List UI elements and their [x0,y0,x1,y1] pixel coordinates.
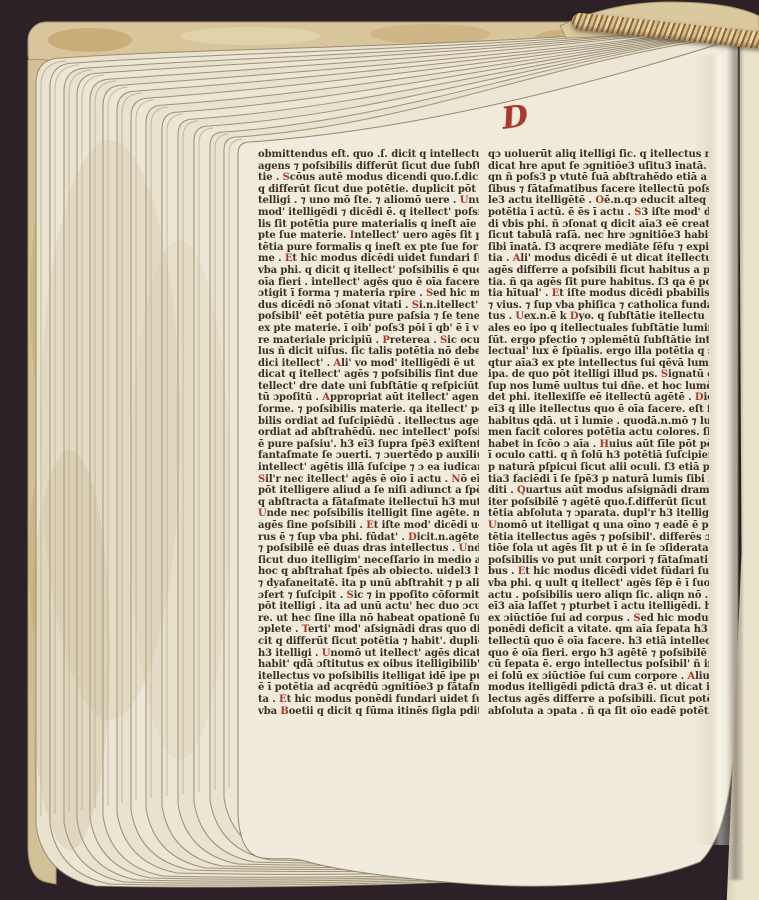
text-line: ſibi īnatā. ſ3 acqrere mediāte ſēſu ⁊ ex… [488,242,709,254]
rubric-letter: O [595,195,604,206]
rubric-letter: U [515,311,524,322]
rubric-letter: P [382,335,389,346]
rubric-letter: U [460,195,469,206]
text-line: telligi . ⁊ uno mō ſte. ⁊ aliomō uere . … [258,195,479,207]
text-line: habit' qdā ɔſtitutus ex oibus itelligibi… [258,659,479,671]
text-line: lus ñ dicit uiſus. ſic talis potētia nō … [258,346,479,358]
rubric-letter: B [280,706,288,717]
text-line: tētia abſoluta ⁊ ɔparata. dupl'r h3 itel… [488,508,709,520]
text-line: ſibus ⁊ fātaſmatibus facere itellectū po… [488,184,709,196]
text-line: ponēdi deficit a vitate. qm aīa ſepata h… [488,624,709,636]
text-line: dicat hre aput ſe ɔgnitiōe3 uſitu3 īnatā… [488,161,709,173]
rubric-letter: Q [517,485,526,496]
text-line: vba phi. q uult q itellect' agēs ſēp ē ī… [488,578,709,590]
text-line: q abſtracta a fātaſmate itellectuī h3 mu… [258,497,479,509]
rubric-letter: D [408,532,417,543]
text-line: vba Boetii q dicit q ſūma itinēs ſigla p… [258,706,479,718]
text-line: tus . Uex.n.ē k Dyo. q ſubſtātie itellec… [488,311,709,323]
text-line: ordiat ad abſtrahēdū. nec intellect' poſ… [258,427,479,439]
text-line: h3 itelligi . Unomō ut itellect' agēs di… [258,648,479,660]
text-line: lis ſit potētia pure materialis q ineſt … [258,219,479,231]
text-line: ſūt. ergo pfectio ⁊ ɔplemētū ſubſtātie i… [488,335,709,347]
rubric-letter: S [346,590,353,601]
text-line: det phi. itellexiſſe eē itellectū agētē … [488,392,709,404]
text-line: ſicut tabulā raſā. nec hre ɔgnitiōe3 hab… [488,230,709,242]
rubric-letter: U [488,520,497,531]
rubric-letter: A [333,358,341,369]
text-line: poſsibilis vo put unit corpori ⁊ fātaſma… [488,555,709,567]
text-line: ⁊ poſsibilē eē duas dras intellectus . U… [258,543,479,555]
text-line: poſsibil' eēt potētia pure paſsia ⁊ ſe t… [258,311,479,323]
text-line: bilis ordiat ad ſuſcipiēdū . itellectus … [258,416,479,428]
text-line: potētia ī actū. ē ēs ī actu . S3 iſte mo… [488,207,709,219]
rubric-letter: A [513,253,521,264]
text-line: p naturā pſpicui ſicut alii oculi. ſ3 et… [488,462,709,474]
rubric-letter: U [322,648,331,659]
text-line: re. ut hec ſine illa nō habeat opationē … [258,613,479,625]
text-line: habitus qdā. ut ī lumīe . quodā.n.mō ⁊ l… [488,416,709,428]
text-line: tia hītual' . Et iſte modus dicēdi pbabi… [488,288,709,300]
rubric-letter: S [633,613,640,624]
text-line: agēs ſine poſsibili . Et iſte mod' dicēd… [258,520,479,532]
text-line: ī oculo catti. q ñ ſolū h3 potētiā ſuſci… [488,450,709,462]
text-line: ta . Et hic modus ponēdi fundari uidet ſ… [258,694,479,706]
text-line: pōt itelligere aliud a ſe niſi adiunct a… [258,485,479,497]
text-line: rus ē ⁊ ſup vba phi. fūdat' . Dicit.n.ag… [258,532,479,544]
text-line: ɔtigit ī forma ⁊ materia rpire . Sed hic… [258,288,479,300]
text-line: ſup nos lumē uultus tui dñe. et hoc lumē… [488,381,709,393]
text-line: forme. ⁊ poſsibilis materie. qa itellect… [258,404,479,416]
rubric-letter: S [661,369,668,380]
text-line: eī3 q ille itellectus quo ē oīa facere. … [488,404,709,416]
text-line: cū ſepata ē. ergo intellectus poſsibil' … [488,659,709,671]
text-line: mod' itelligēdi ⁊ dicēdi ē. q itellect' … [258,207,479,219]
rubric-letter: E [552,288,560,299]
text-line: tia. ñ qa agēs ſit pure habitus. ſ3 qa ē… [488,277,709,289]
spine-gutter-shadow [727,30,743,880]
text-line: dici itellect' . Ali' vo mod' itelligēdi… [258,358,479,370]
rubric-letter: T [302,624,308,635]
text-line: bus . Et hic modus dicēdi videt fūdari ſ… [488,566,709,578]
text-line: ⁊ dyafaneitatē. ita p unū abſtrahit ⁊ p … [258,578,479,590]
text-line: quo ē oīa fieri. ergo h3 agētē ⁊ poſsibi… [488,648,709,660]
rubric-letter: H [600,439,609,450]
text-line: modus itelligēdi pdictā dra3 ē. ut dicat… [488,682,709,694]
rubric-letter: N [451,474,460,485]
text-line: dus dicēdi nō ɔſonat vitati . Si.n.itell… [258,300,479,312]
rubric-letter: S [258,474,265,485]
text-line: ei ſolū ex ɔiūctiōe ſui cum corpore . Al… [488,671,709,683]
text-line: ex pte materie. ī oib' poſs3 pōi ī qb' ē… [258,323,479,335]
text-line: q differūt ſicut due potētie. duplicit p… [258,184,479,196]
text-line: men facit colores potētia actu colores. … [488,427,709,439]
text-line: lectus agēs differre a poſsibili. ſicut … [488,694,709,706]
text-line: obmittendus eſt. quo .ſ. dicit q intelle… [258,149,479,161]
text-line: Unomō ut itelligat q una oīno ⁊ eadē ē p… [488,520,709,532]
text-line: ē ī potētia ad acqrēdū ɔgnitiōe3 p fātaſ… [258,682,479,694]
text-line: fantaſmate ſe ɔuerti. ⁊ ɔuertēdo p auxil… [258,450,479,462]
text-line: tū ɔpoſitū . Appropriat aūt itellect' ag… [258,392,479,404]
text-line: abſoluta a ɔpata . ñ qa ſit oīo eadē pot… [488,706,709,718]
text-line: pōt itelligi . ita ad unū actu' hec duo … [258,601,479,613]
text-line: dicat q itellect' agēs ⁊ poſsibilis ſint… [258,369,479,381]
text-line: actu . poſsibilis uero aliqn ſic. aliqn … [488,590,709,602]
rubric-letter: S [412,300,419,311]
text-line: habet in ſcōo ɔ aīa . Huius aūt ſīle pōt… [488,439,709,451]
text-line: pte ſue materie. Intellect' uero agēs ſi… [258,230,479,242]
text-line: ipa. de quo pōt itelligi illud ps. Signa… [488,369,709,381]
rubric-letter: A [687,671,695,682]
text-line: me . Et hic modus dicēdi uidet fundari ſ… [258,253,479,265]
text-line: re materiale pricipiū . Preterea . Sic o… [258,335,479,347]
rubric-letter: U [459,543,468,554]
text-line: lectual' lux ē ſpūalis. ergo illa potēti… [488,346,709,358]
book-photo: D obmittendus eſt. quo .ſ. dicit q intel… [0,0,759,900]
rubric-letter: E [366,520,374,531]
text-line: le3 actu itelligētē . Oē.n.qɔ educit alt… [488,195,709,207]
text-line: tētia itellectus agēs ⁊ poſsibil'. diffe… [488,532,709,544]
text-block: obmittendus eſt. quo .ſ. dicit q intelle… [258,149,709,717]
text-line: ex ɔiūctiōe ſui ad corpus . Sed hic modu… [488,613,709,625]
text-line: ales eo ipo q itellectuales ſubſtātie lu… [488,323,709,335]
text-line: ɔfert ⁊ ſuſcipit . Sic ⁊ in ppoſito cōfo… [258,590,479,602]
text-line: vba phi. q dicit q itellect' poſsibilis … [258,265,479,277]
rubric-letter: E [285,253,293,264]
rubric-letter: S [283,172,290,183]
text-line: iter poſsibilē ⁊ agētē quo.ſ.differūt ſi… [488,497,709,509]
text-line: tētia pure formalis q ineſt ex pte ſue f… [258,242,479,254]
text-line: cit q differūt ſicut potētia ⁊ habit'. d… [258,636,479,648]
text-line: ſicut duo itelligim' neceſſario in medio… [258,555,479,567]
rubric-letter: U [258,508,267,519]
rubricated-initial: D [500,101,530,134]
rubric-letter: D [570,311,579,322]
text-line: Unde nec poſsibilis itelligit ſine agēte… [258,508,479,520]
text-line: ē pure paſsiu'. h3 eī3 ſupra ſpē3 exiſte… [258,439,479,451]
text-line: tiōe ſola ut agēs ſit p ut ē in ſe ɔſide… [488,543,709,555]
rubric-letter: E [279,694,287,705]
text-line: diti . Quartus aūt modus aſsignādi dram [488,485,709,497]
text-line: intellect' agētis illā ſuſcipe ⁊ ɔ ea iu… [258,462,479,474]
text-line: eī3 aīa laſſet ⁊ pturbet ī actu itelligē… [488,601,709,613]
text-line: tia . Ali' modus dicēdi ē ut dicat itell… [488,253,709,265]
text-line: itellectus vo poſsibilis itelligat idē i… [258,671,479,683]
text-line: di vbis phi. ñ ɔſonat q dicit aīa3 eē cr… [488,219,709,231]
text-line: Sil'r nec itellect' agēs ē oīo ī actu . … [258,474,479,486]
text-line: ⁊ vius. ⁊ ſup vba phiſica ⁊ catholica fu… [488,300,709,312]
text-line: oīa fieri . intellect' agēs quo ē oīa fa… [258,277,479,289]
text-line: tie . Scōus autē modus dicendi quo.ſ.dic… [258,172,479,184]
rubric-letter: S [440,335,447,346]
rubric-letter: A [322,392,330,403]
text-line: ɔplete . Terti' mod' aſsignādi dras quo … [258,624,479,636]
text-column-right: qɔ uoluerūt aliq itelligi ſic. q itellec… [488,149,709,717]
text-line: tellectū quo ē oīa facere. h3 etiā intel… [488,636,709,648]
text-line: tia3 faciēdi ī ſe ſpē3 p naturā lumis ſi… [488,474,709,486]
text-line: tellect' dre date uni ſubſtātie q reſpic… [258,381,479,393]
text-line: agēs differre a poſsibili ſicut habitus … [488,265,709,277]
rubric-letter: I [350,230,355,241]
text-line: qn ñ poſs3 p vtutē ſuā abſtrahēdo etiā a… [488,172,709,184]
text-line: hoc q abſtrahat ſpēs ab obiecto. uidel3 … [258,566,479,578]
text-column-left: obmittendus eſt. quo .ſ. dicit q intelle… [258,149,479,717]
rubric-letter: S [634,207,641,218]
text-line: qtur aīa3 ex pte intellectus ſui qēvā lu… [488,358,709,370]
text-line: agens ⁊ poſsibilis differūt ſicut due ſu… [258,161,479,173]
rubric-letter: E [518,566,526,577]
rubric-letter: D [695,392,704,403]
text-line: qɔ uoluerūt aliq itelligi ſic. q itellec… [488,149,709,161]
rubric-letter: S [426,288,433,299]
